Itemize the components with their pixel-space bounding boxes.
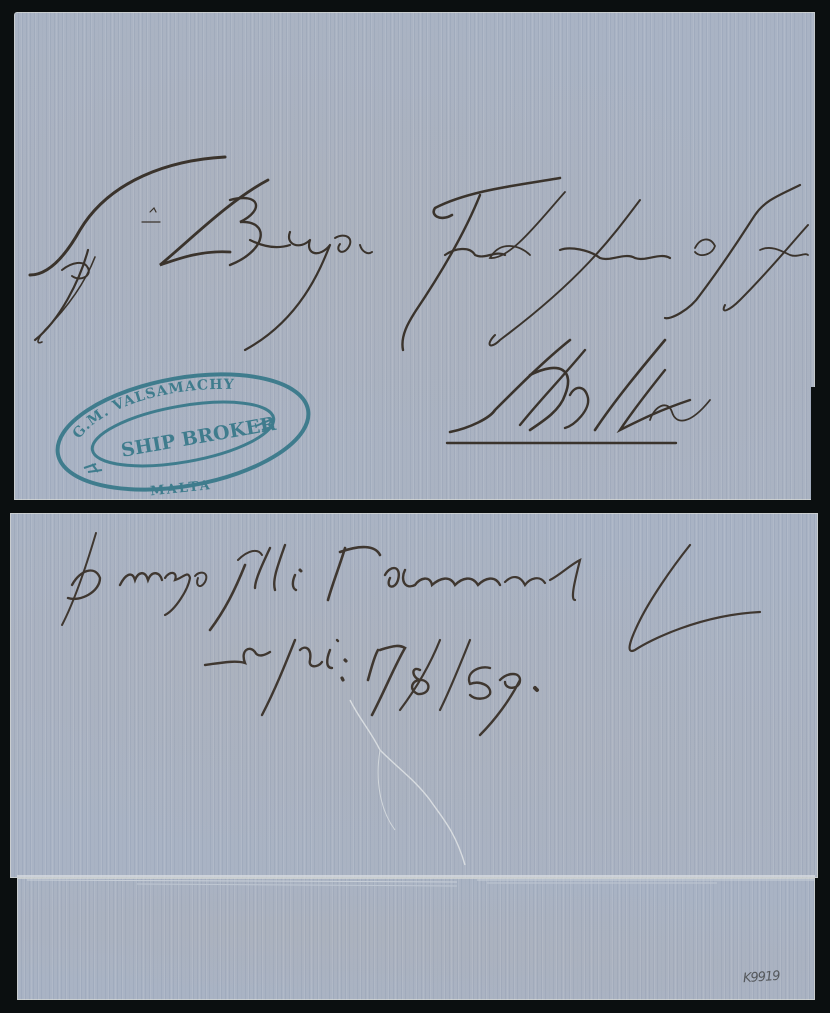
pencil-note: K9919 — [743, 969, 781, 987]
back-endorsement-line-2: Cefali: 17/8/59. — [210, 660, 218, 661]
back-handwriting — [0, 0, 830, 1013]
back-endorsement-line-1: p mezzo F.lli Valsamachy — [60, 570, 73, 571]
